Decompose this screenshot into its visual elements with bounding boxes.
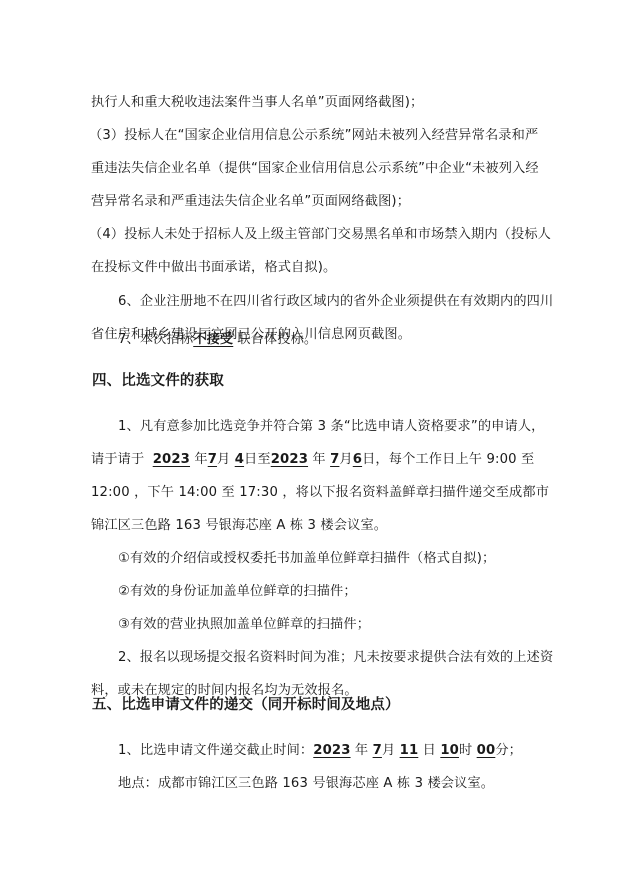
- text-line: （4）投标人未处于招标人及上级主管部门交易黑名单和市场禁入期内（投标人: [89, 226, 551, 244]
- deadline-day: 11: [400, 743, 419, 758]
- end-day: 6: [353, 452, 362, 467]
- section-heading: 五、比选申请文件的递交（同开标时间及地点）: [92, 696, 400, 714]
- text-line: 锦江区三色路 163 号银海芯座 A 栋 3 楼会议室。: [91, 517, 387, 535]
- text-line: 2、报名以现场提交报名资料时间为准；凡未按要求提供合法有效的上述资: [118, 649, 553, 667]
- text: 年: [355, 743, 368, 758]
- text: 7、本次招标: [118, 332, 193, 347]
- deadline-year: 2023: [313, 743, 350, 758]
- text: 年: [312, 452, 325, 467]
- list-item: ②有效的身份证加盖单位鲜章的扫描件；: [118, 583, 357, 601]
- start-day: 4: [235, 452, 244, 467]
- text: 请于请于: [91, 452, 144, 467]
- text: 时: [459, 743, 472, 758]
- text: 月: [382, 743, 395, 758]
- text: 日至: [244, 452, 271, 467]
- text-line: 1、凡有意参加比选竞争并符合第 3 条“比选申请人资格要求”的申请人，: [118, 418, 545, 436]
- section-heading: 四、比选文件的获取: [92, 372, 224, 390]
- text-line: 营异常名录和严重违法失信企业名单”页面网络截图)；: [91, 193, 410, 211]
- text: 分；: [495, 743, 522, 758]
- text: 1、比选申请文件递交截止时间：: [118, 743, 313, 758]
- text: 日，每个工作日上午 9:00 至: [362, 452, 534, 467]
- end-month: 7: [330, 452, 339, 467]
- text-line: 在投标文件中做出书面承诺，格式自拟)。: [91, 259, 336, 277]
- text-line: 重违法失信企业名单（提供“国家企业信用信息公示系统”中企业“未被列入经: [91, 160, 539, 178]
- deadline-minute: 00: [477, 743, 496, 758]
- text: 月: [217, 452, 230, 467]
- date-range-line: 请于请于 2023 年7月 4日至2023 年 7月6日，每个工作日上午 9:0…: [91, 451, 534, 469]
- joint-bid-line: 7、本次招标不接受联合体投标。: [118, 331, 317, 349]
- text: 月: [339, 452, 352, 467]
- end-year: 2023: [271, 452, 308, 467]
- text: 日: [423, 743, 436, 758]
- underlined-value: 不接受: [193, 332, 233, 347]
- text-line: 6、企业注册地不在四川省行政区域内的省外企业须提供在有效期内的四川: [118, 293, 553, 311]
- list-item: ③有效的营业执照加盖单位鲜章的扫描件；: [118, 616, 370, 634]
- list-item: ①有效的介绍信或授权委托书加盖单位鲜章扫描件（格式自拟)；: [118, 550, 495, 568]
- text-line: 执行人和重大税收违法案件当事人名单”页面网络截图)；: [91, 94, 423, 112]
- deadline-hour: 10: [440, 743, 459, 758]
- location-line: 地点：成都市锦江区三色路 163 号银海芯座 A 栋 3 楼会议室。: [118, 775, 494, 793]
- deadline-line: 1、比选申请文件递交截止时间：2023 年 7月 11 日 10时 00分；: [118, 742, 522, 760]
- text: 年: [194, 452, 207, 467]
- text-line: （3）投标人在“国家企业信用信息公示系统”网站未被列入经营异常名录和严: [89, 127, 538, 145]
- start-year: 2023: [153, 452, 190, 467]
- deadline-month: 7: [373, 743, 382, 758]
- text-line: 12:00 ，下午 14:00 至 17:30 ，将以下报名资料盖鲜章扫描件递交…: [91, 484, 549, 502]
- start-month: 7: [208, 452, 217, 467]
- text: 联合体投标。: [237, 332, 317, 347]
